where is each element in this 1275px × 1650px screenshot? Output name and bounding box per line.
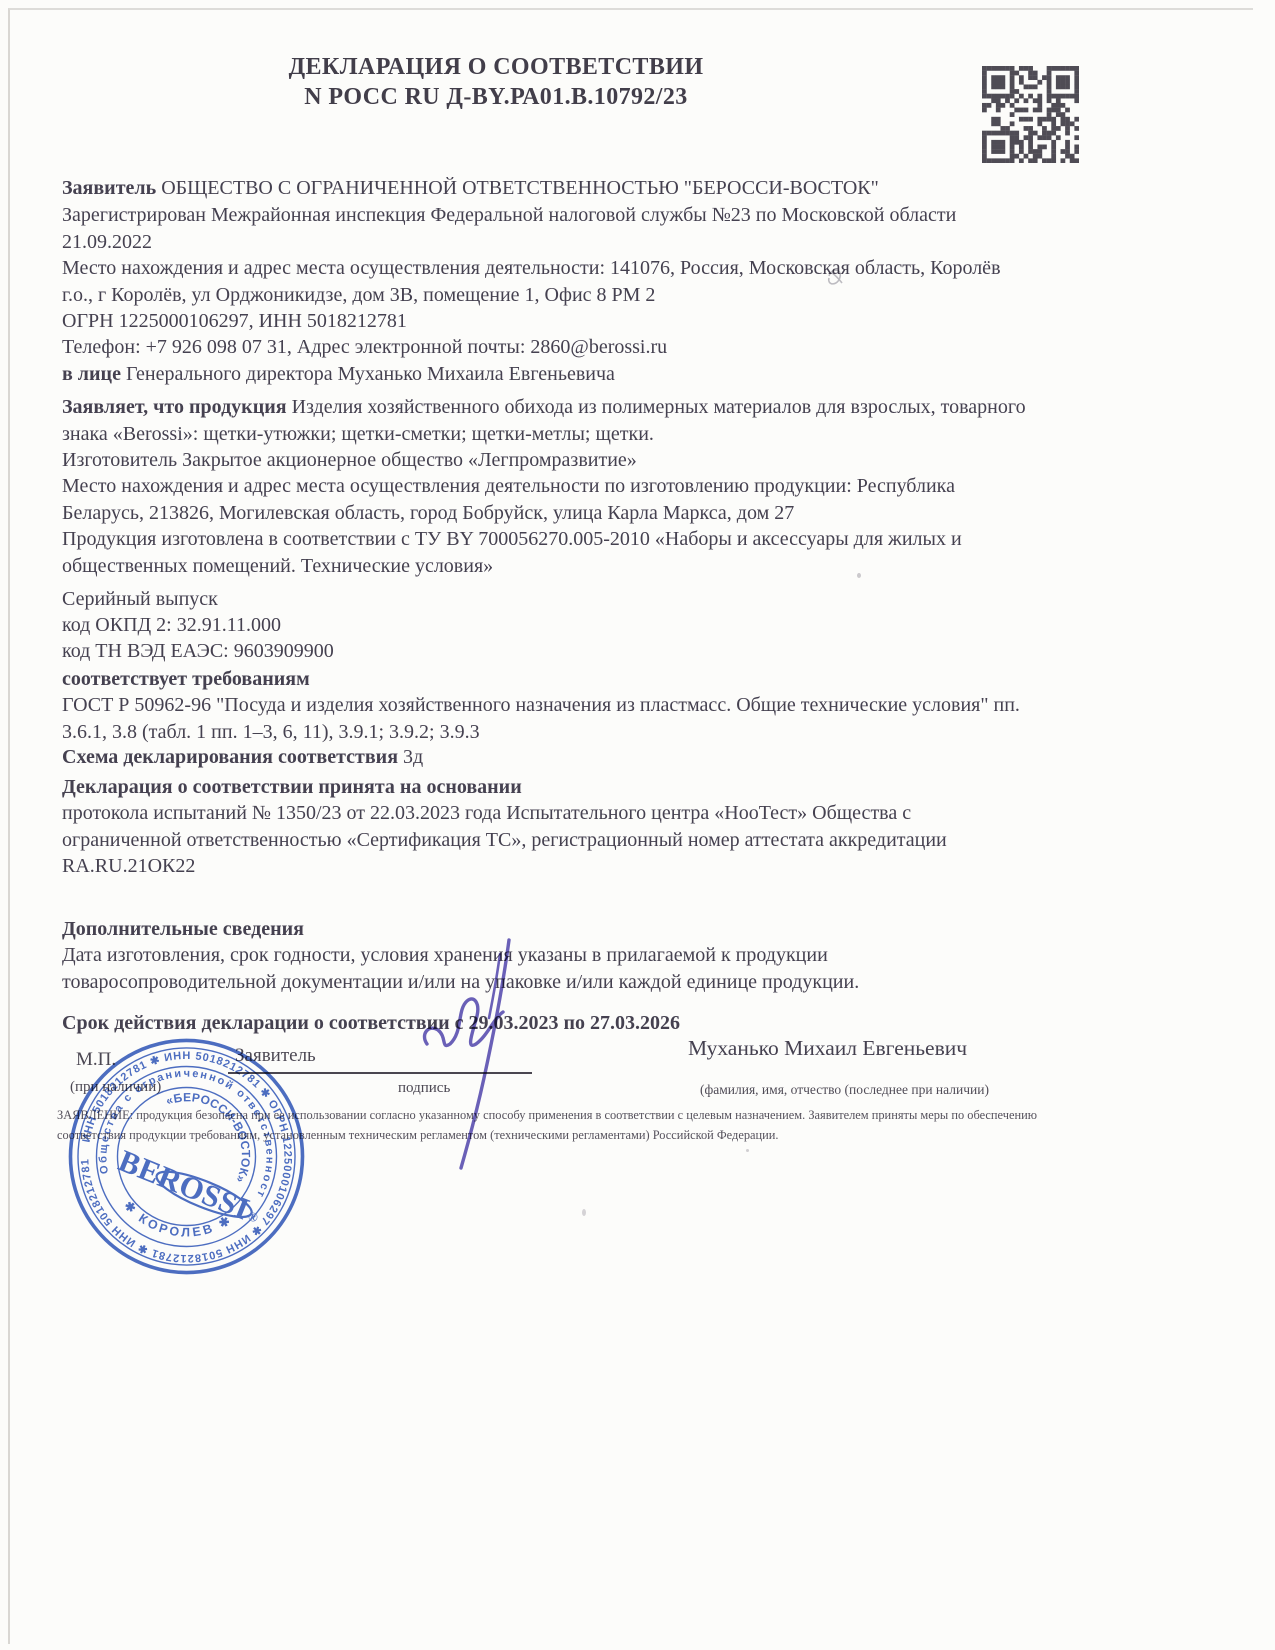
applicant-name: ОБЩЕСТВО С ОГРАНИЧЕННОЙ ОТВЕТСТВЕННОСТЬЮ… [161,177,879,199]
scan-speck [582,1209,586,1216]
validity-period: Срок действия декларации о соответствии … [62,1010,1027,1037]
company-stamp: ИНН 5018212781 ✱ ИНН 5018212781 ✱ ОГРН 1… [64,1034,309,1279]
qr-code-icon [982,66,1079,163]
made-to-spec: Продукция изготовлена в соответствии с Т… [62,526,1027,579]
declaration-scheme: Схема декларирования соответствия 3д [62,744,1027,771]
manufacturer-address: Место нахождения и адрес места осуществл… [62,473,1027,526]
basis-text: протокола испытаний № 1350/23 от 22.03.2… [62,800,1027,880]
applicant-registration: Зарегистрирован Межрайонная инспекция Фе… [62,202,1027,255]
signature-caption: подпись [398,1080,450,1097]
manufacturer-line: Изготовитель Закрытое акционерное общест… [62,447,1027,474]
applicant-representative: в лице Генерального директора Муханько М… [62,361,1027,388]
declaration-document: ДЕКЛАРАЦИЯ О СООТВЕТСТВИИ N РОСС RU Д-BY… [0,0,1275,1650]
declares-label: Заявляет, что продукция [62,396,287,418]
signatory-name: Муханько Михаил Евгеньевич [688,1036,967,1061]
product-declaration: Заявляет, что продукция Изделия хозяйств… [62,394,1027,447]
title-line1: ДЕКЛАРАЦИЯ О СООТВЕТСТВИИ [216,52,776,82]
okpd-code: код ОКПД 2: 32.91.11.000 [62,612,1027,639]
applicant-label: Заявитель [62,177,156,199]
applicant-line: Заявитель ОБЩЕСТВО С ОГРАНИЧЕННОЙ ОТВЕТС… [62,175,1027,202]
signatory-name-caption: (фамилия, имя, отчество (последнее при н… [700,1082,989,1098]
basis-heading: Декларация о соответствии принята на осн… [62,774,1027,801]
scheme-value: 3д [403,746,423,768]
applicant-ogrn-inn: ОГРН 1225000106297, ИНН 5018212781 [62,308,1027,335]
in-person-name: Генерального директора Муханько Михаила … [126,363,615,385]
title-number: N РОСС RU Д-BY.РА01.В.10792/23 [216,82,776,112]
meets-requirements-heading: соответствует требованиям [62,666,1027,693]
additional-heading: Дополнительные сведения [62,916,1027,943]
applicant-contacts: Телефон: +7 926 098 07 31, Адрес электро… [62,334,1027,361]
applicant-address: Место нахождения и адрес места осуществл… [62,255,1027,308]
additional-text: Дата изготовления, срок годности, услови… [62,942,1027,995]
document-title: ДЕКЛАРАЦИЯ О СООТВЕТСТВИИ N РОСС RU Д-BY… [216,52,776,112]
scheme-label: Схема декларирования соответствия [62,746,398,768]
tnved-code: код ТН ВЭД ЕАЭС: 9603909900 [62,638,1027,665]
scan-speck [746,1149,749,1152]
in-person-label: в лице [62,363,121,385]
serial-release: Серийный выпуск [62,586,1027,613]
gost-requirements: ГОСТ Р 50962-96 "Посуда и изделия хозяйс… [62,692,1027,745]
